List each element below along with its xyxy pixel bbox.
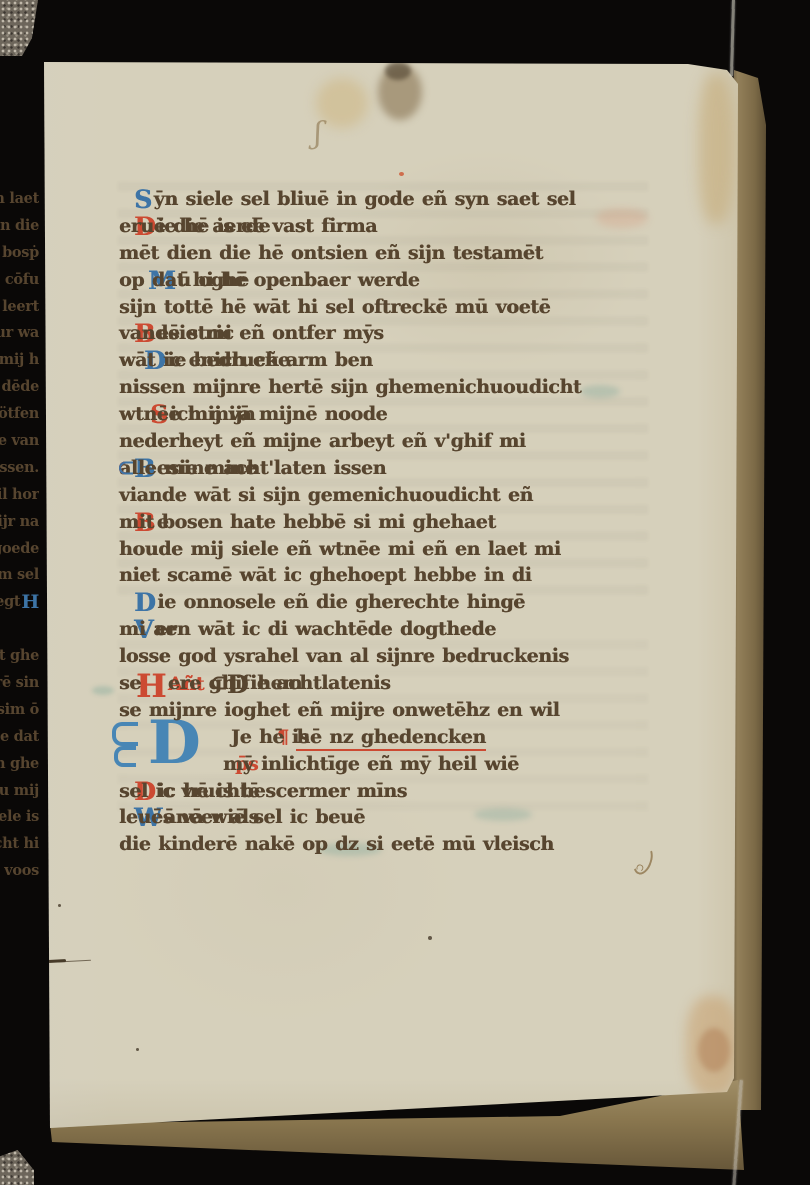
text-segment: mēt dien die hē ontsien eñ sijn testamēt — [119, 240, 543, 267]
verso-line-fragment: t leert — [0, 294, 39, 321]
manuscript-text-line: alle mine acht'laten issen Besie mine — [119, 455, 653, 482]
manuscript-text-line: sel ic vruchtēDic hē is bescermer mīns — [119, 778, 653, 805]
speck — [428, 936, 432, 940]
stain — [316, 78, 368, 128]
text-segment: die kinderē nakē op dz si eetē mū vleisc… — [119, 831, 554, 858]
verso-line-fragment: die dat — [0, 724, 39, 751]
manuscript-text-line: eruē die aerde Die hē is eē vast firma — [119, 213, 653, 240]
text-segment: ie bedrucke — [167, 347, 289, 374]
verso-line-fragment: ijr na — [0, 509, 39, 536]
text-segment: se mijnre ioghet eñ mijre onwetēhz en wi… — [119, 697, 559, 724]
text-segment: ȳn siele sel bliuē in gode eñ syn saet s… — [154, 186, 576, 213]
verso-line-fragment: en laet — [0, 186, 39, 213]
verso-line-fragment: acht hi — [0, 831, 39, 858]
speck — [136, 1048, 139, 1051]
text-segment: Je hē is — [231, 724, 309, 751]
verso-line-fragment: vil hor — [0, 482, 39, 509]
verso-line-fragment — [0, 616, 39, 643]
text-segment: op dat hi hē openbaer werde — [119, 267, 419, 294]
verso-line-fragment: om sel — [0, 562, 39, 589]
verso-line-fragment: egtH — [0, 589, 39, 616]
stain — [698, 1028, 730, 1072]
verso-line-fragment: dēde — [0, 374, 39, 401]
text-segment: esie mine — [157, 455, 257, 482]
manuscript-text-line: sijn tottē hē wāt hi sel oftreckē mū voe… — [119, 294, 653, 321]
text-segment: nederheyt eñ mijne arbeyt eñ v'ghif mi — [119, 428, 526, 455]
text-segment: esie mi eñ ontfer mȳs — [157, 320, 384, 347]
verso-line-fragment: t goede — [0, 536, 39, 563]
text-segment: hē nz ghedencken — [296, 726, 485, 751]
stain — [385, 62, 411, 80]
text-segment: mȳ inlichtīge eñ mȳ heil wiē — [223, 751, 519, 778]
verso-line-fragment: jur wa — [0, 320, 39, 347]
text-segment: e — [157, 509, 169, 536]
verso-line-fragment: tu mij — [0, 778, 39, 805]
manuscript-page: ʃ D Sȳn siele sel bliuē in gode eñ syn s… — [0, 0, 810, 1185]
manuscript-text-line: mit bosen hate hebbē si mi ghehaet Be — [119, 509, 653, 536]
verso-line-fragment: mt ghe — [0, 643, 39, 670]
manuscript-text-line: mēt dien die hē ontsien eñ sijn testamēt — [119, 240, 653, 267]
verso-line-fragment: ic bosṗ — [0, 240, 39, 267]
text-segment: ie onnosele eñ die gherechte hingē — [157, 589, 525, 616]
text-segment: āneer als — [164, 804, 259, 831]
stain — [698, 74, 734, 224]
decorated-initial: H — [21, 589, 39, 616]
text-segment: sijn tottē hē wāt hi sel oftreckē mū voe… — [119, 294, 550, 321]
book-cover-corner-bottom-left — [0, 1150, 34, 1185]
text-block: Sȳn siele sel bliuē in gode eñ syn saet … — [119, 186, 653, 858]
verso-line-fragment: ē cōfu — [0, 267, 39, 294]
text-segment: niet scamē wāt ic ghehoept hebbe in di — [119, 562, 531, 589]
manuscript-text-line: niet scamē wāt ic ghehoept hebbe in di — [119, 562, 653, 589]
ink-smudge — [92, 686, 114, 695]
verso-line-fragment: m ghe — [0, 751, 39, 778]
text-segment: ie hē is eē vast firma — [157, 213, 377, 240]
manuscript-text-line: wtnēe mij vā mijnē noodeSich mijn — [119, 401, 653, 428]
manuscript-text-line: vandē stric Besie mi eñ ontfer mȳs — [119, 320, 653, 347]
verso-line-fragment: hi voos — [0, 858, 39, 885]
manuscript-text-line: Sȳn siele sel bliuē in gode eñ syn saet … — [119, 186, 653, 213]
text-segment: ie achtlatenis — [250, 670, 390, 697]
text-segment: ic hē is bescermer mīns — [157, 778, 407, 805]
page-restraint-strip-top — [730, 0, 735, 76]
text-segment: houde mij siele eñ wtnēe mi eñ en laet m… — [119, 536, 561, 563]
decorated-initial: S — [119, 187, 154, 212]
manuscript-text-line: wāt ic enich eñ arm benDie bedrucke — [119, 347, 653, 374]
verso-line-fragment: od mij h — [0, 347, 39, 374]
verso-line-fragment: den die — [0, 213, 39, 240]
manuscript-text-line: mi aen wāt ic di wachtēde dogthede Ver — [119, 616, 653, 643]
verso-line-fragment: russen. — [0, 455, 39, 482]
manuscript-text-line: losse god ysrahel van al sijnre bedrucke… — [119, 643, 653, 670]
manuscript-text-line: se mijnre ioghet eñ mijre onwetēhz en wi… — [119, 697, 653, 724]
facing-page-gutter-edge: en laetden dieic bosṗē cōfut leertjur wa… — [0, 52, 47, 1150]
manuscript-text-line: die kinderē nakē op dz si eetē mū vleisc… — [119, 831, 653, 858]
text-segment: viande wāt si sijn gemenichuoudicht eñ — [119, 482, 533, 509]
speck — [399, 172, 404, 176]
manuscript-text-line: mȳ inlichtīge eñ mȳ heil wiēp̄s — [119, 751, 653, 778]
manuscript-text-line: Je hē is¶ hē nz ghedencken — [119, 724, 653, 751]
text-segment: losse god ysrahel van al sijnre bedrucke… — [119, 643, 569, 670]
manuscript-photograph: en laetden dieic bosṗē cōfut leertjur wa… — [0, 0, 810, 1185]
text-segment: er — [155, 616, 176, 643]
text-segment: se — [119, 670, 141, 697]
verso-line-fragment: eerē sin — [0, 670, 39, 697]
manuscript-text-line: Die onnosele eñ die gherechte hingē — [119, 589, 653, 616]
verso-line-fragment: c ötfen — [0, 401, 39, 428]
speck — [58, 904, 61, 907]
text-segment: mit bosen hate hebbē si mi ghehaet — [119, 509, 496, 536]
manuscript-text-line: nederheyt eñ mijne arbeyt eñ v'ghif mi — [119, 428, 653, 455]
manuscript-text-line: leuēs vā wiē sel ic beuē Wāneer als — [119, 804, 653, 831]
manuscript-text-line: viande wāt si sijn gemenichuoudicht eñ — [119, 482, 653, 509]
verso-line-fragment: vele is — [0, 804, 39, 831]
verso-line-fragment: ie van — [0, 428, 39, 455]
manuscript-text-line: houde mij siele eñ wtnēe mi eñ en laet m… — [119, 536, 653, 563]
pen-trial-mark: ʃ — [314, 116, 322, 151]
text-segment: nissen mijnre hertē sijn ghemenichuoudic… — [119, 374, 581, 401]
manuscript-text-line: op dat hi hē openbaer werdeMū oghē — [119, 267, 653, 294]
decorated-initial: D — [212, 672, 250, 697]
manuscript-text-line: se Here ghif hem Añt Die achtlatenis — [119, 670, 653, 697]
book-cover-corner-top-left — [0, 0, 38, 56]
verso-text-fragments: en laetden dieic bosṗē cōfut leertjur wa… — [0, 186, 39, 885]
text-segment: ū oghē — [177, 267, 248, 294]
manuscript-text-line: nissen mijnre hertē sijn ghemenichuoudic… — [119, 374, 653, 401]
decorated-initial: D — [119, 590, 157, 615]
text-segment: ich mijn — [170, 401, 256, 428]
verso-line-fragment: rē sim ō — [0, 697, 39, 724]
